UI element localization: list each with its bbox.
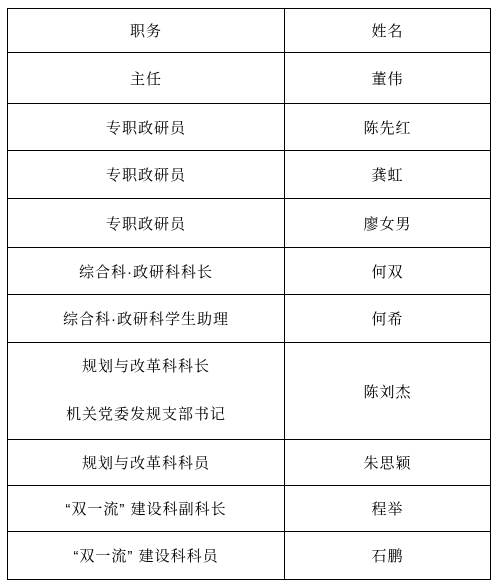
table-row: 规划与改革科科长 机关党委发规支部书记 陈刘杰 <box>8 343 491 440</box>
table-row: 规划与改革科科员 朱思颖 <box>8 440 491 486</box>
page: 职务 姓名 主任 董伟 专职政研员 陈先红 专职政研员 龚虹 专职政研员 廖女男… <box>0 0 496 587</box>
table-row: “双一流” 建设科科员 石鹏 <box>8 532 491 580</box>
name-cell: 陈先红 <box>285 104 491 151</box>
name-cell: 廖女男 <box>285 199 491 248</box>
position-line: 规划与改革科科长 <box>8 343 284 391</box>
position-cell: 综合科·政研科学生助理 <box>8 295 285 343</box>
name-cell: 何希 <box>285 295 491 343</box>
position-cell: 规划与改革科科长 机关党委发规支部书记 <box>8 343 285 440</box>
position-cell: 专职政研员 <box>8 199 285 248</box>
name-cell: 石鹏 <box>285 532 491 580</box>
header-position: 职务 <box>8 9 285 53</box>
name-cell: 朱思颖 <box>285 440 491 486</box>
position-cell: 规划与改革科科员 <box>8 440 285 486</box>
position-cell: 专职政研员 <box>8 151 285 199</box>
position-cell: “双一流” 建设科副科长 <box>8 486 285 532</box>
name-cell: 陈刘杰 <box>285 343 491 440</box>
staff-table: 职务 姓名 主任 董伟 专职政研员 陈先红 专职政研员 龚虹 专职政研员 廖女男… <box>7 8 491 580</box>
position-cell: 专职政研员 <box>8 104 285 151</box>
position-line: 机关党委发规支部书记 <box>8 391 284 439</box>
name-cell: 程举 <box>285 486 491 532</box>
table-row: 专职政研员 陈先红 <box>8 104 491 151</box>
table-row: “双一流” 建设科副科长 程举 <box>8 486 491 532</box>
position-cell: 综合科·政研科科长 <box>8 248 285 295</box>
name-cell: 龚虹 <box>285 151 491 199</box>
table-row: 综合科·政研科学生助理 何希 <box>8 295 491 343</box>
position-cell: 主任 <box>8 53 285 104</box>
table-row: 主任 董伟 <box>8 53 491 104</box>
table-row: 综合科·政研科科长 何双 <box>8 248 491 295</box>
table-row: 专职政研员 廖女男 <box>8 199 491 248</box>
position-cell: “双一流” 建设科科员 <box>8 532 285 580</box>
header-name: 姓名 <box>285 9 491 53</box>
name-cell: 董伟 <box>285 53 491 104</box>
table-header-row: 职务 姓名 <box>8 9 491 53</box>
table-row: 专职政研员 龚虹 <box>8 151 491 199</box>
name-cell: 何双 <box>285 248 491 295</box>
